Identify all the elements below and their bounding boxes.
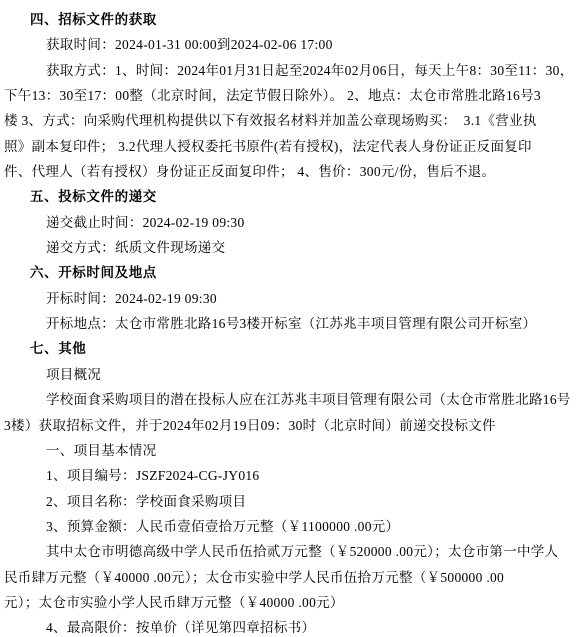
document-line: 一、项目基本情况 bbox=[0, 438, 578, 463]
section-heading: 七、其他 bbox=[0, 336, 578, 361]
document-line: 学校面食采购项目的潜在投标人应在江苏兆丰项目管理有限公司（太仓市常胜北路16号 bbox=[0, 387, 578, 412]
document-line: 4、最高限价：按单价（详见第四章招标书） bbox=[0, 615, 578, 637]
document-body: 四、招标文件的获取获取时间：2024-01-31 00:00到2024-02-0… bbox=[0, 7, 578, 637]
document-line: 照》副本复印件； 3.2代理人授权委托书原件(若有授权)，法定代表人身份证正反面… bbox=[0, 134, 578, 159]
document-line: 民币肆万元整（￥40000 .00元）；太仓市实验中学人民币伍拾万元整（￥500… bbox=[0, 565, 578, 590]
document-line: 3楼）获取招标文件，并于2024年02月19日09：30时（北京时间）前递交投标… bbox=[0, 413, 578, 438]
section-heading: 五、投标文件的递交 bbox=[0, 184, 578, 209]
document-line: 1、项目编号：JSZF2024-CG-JY016 bbox=[0, 463, 578, 488]
document-line: 2、项目名称：学校面食采购项目 bbox=[0, 489, 578, 514]
document-page: 四、招标文件的获取获取时间：2024-01-31 00:00到2024-02-0… bbox=[0, 0, 578, 637]
section-heading: 四、招标文件的获取 bbox=[0, 7, 578, 32]
document-line: 开标地点：太仓市常胜北路16号3楼开标室（江苏兆丰项目管理有限公司开标室） bbox=[0, 311, 578, 336]
document-line: 下午13：30至17：00整（北京时间，法定节假日除外）。 2、地点：太仓市常胜… bbox=[0, 83, 578, 108]
document-line: 递交截止时间：2024-02-19 09:30 bbox=[0, 210, 578, 235]
document-line: 楼 3、方式：向采购代理机构提供以下有效报名材料并加盖公章现场购买： 3.1《营… bbox=[0, 108, 578, 133]
document-line: 元）；太仓市实验小学人民币肆万元整（￥40000 .00元） bbox=[0, 590, 578, 615]
section-heading: 六、开标时间及地点 bbox=[0, 260, 578, 285]
document-line: 项目概况 bbox=[0, 362, 578, 387]
document-line: 开标时间：2024-02-19 09:30 bbox=[0, 286, 578, 311]
document-line: 件、代理人（若有授权）身份证正反面复印件； 4、售价：300元/份，售后不退。 bbox=[0, 159, 578, 184]
document-line: 递交方式：纸质文件现场递交 bbox=[0, 235, 578, 260]
document-line: 获取时间：2024-01-31 00:00到2024-02-06 17:00 bbox=[0, 32, 578, 57]
document-line: 3、预算金额：人民币壹佰壹拾万元整（￥1100000 .00元） bbox=[0, 514, 578, 539]
document-line: 获取方式：1、时间：2024年01月31日起至2024年02月06日，每天上午8… bbox=[0, 58, 578, 83]
document-line: 其中太仓市明德高级中学人民币伍拾贰万元整（￥520000 .00元）；太仓市第一… bbox=[0, 539, 578, 564]
